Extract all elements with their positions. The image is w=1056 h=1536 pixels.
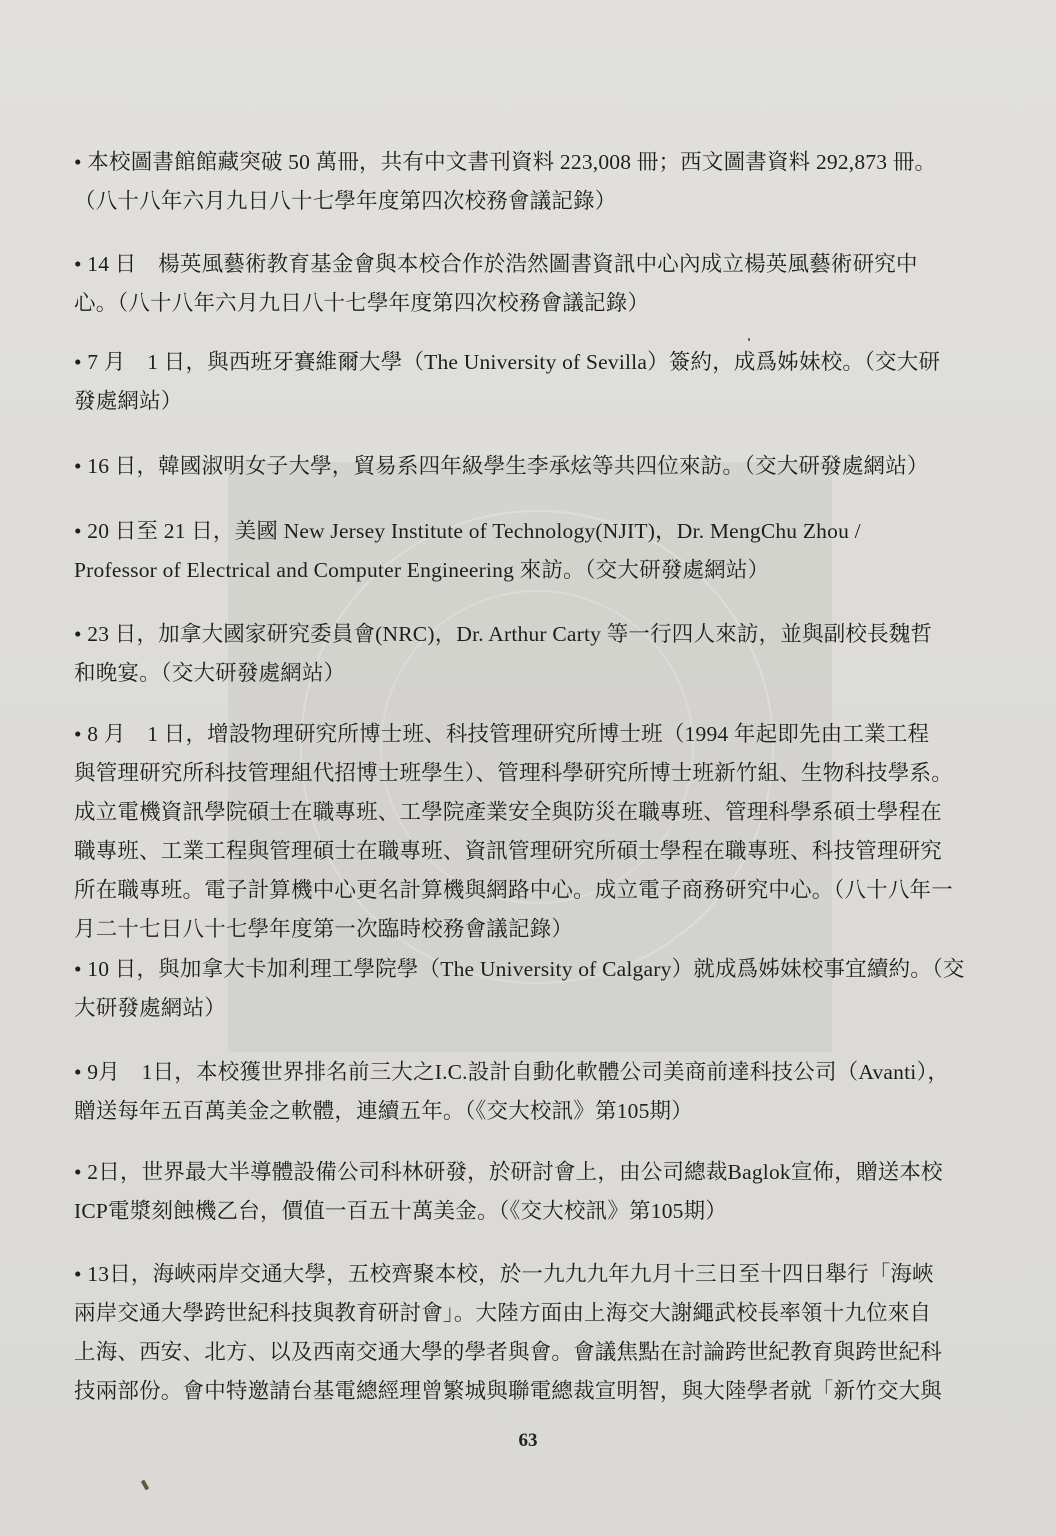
entry-line: 和晚宴。（交大研發處網站） (74, 654, 966, 693)
entry-line: 成立電機資訊學院碩士在職專班、工學院產業安全與防災在職專班、管理科學系碩士學程在 (74, 793, 966, 832)
entry-line: Professor of Electrical and Computer Eng… (74, 551, 966, 590)
entry-line: 心。（八十八年六月九日八十七學年度第四次校務會議記錄） (74, 284, 966, 323)
entry-line: • 7 月 1 日，與西班牙賽維爾大學（The University of Se… (74, 343, 966, 382)
entry-line: 所在職專班。電子計算機中心更名計算機與網路中心。成立電子商務研究中心。（八十八年… (74, 871, 966, 910)
entry-lam-research-donation: • 2日，世界最大半導體設備公司科林研發，於研討會上，由公司總裁Baglok宣佈… (74, 1153, 966, 1231)
entry-line: • 2日，世界最大半導體設備公司科林研發，於研討會上，由公司總裁Baglok宣佈… (74, 1153, 966, 1192)
entry-sookmyung-visit: • 16 日，韓國淑明女子大學，貿易系四年級學生李承炫等共四位來訪。（交大研發處… (74, 447, 966, 486)
entry-line: 與管理研究所科技管理組代招博士班學生）、管理科學研究所博士班新竹組、生物科技學系… (74, 754, 966, 793)
entry-sevilla-sister-school: • 7 月 1 日，與西班牙賽維爾大學（The University of Se… (74, 343, 966, 421)
entry-line: 贈送每年五百萬美金之軟體，連續五年。（《交大校訊》第105期） (74, 1092, 966, 1131)
entry-line: 月二十七日八十七學年度第一次臨時校務會議記錄） (74, 910, 966, 949)
entry-line: ICP電漿刻蝕機乙台，價值一百五十萬美金。（《交大校訊》第105期） (74, 1192, 966, 1231)
page-number: 63 (0, 1430, 1056, 1452)
entry-line: • 8 月 1 日，增設物理研究所博士班、科技管理研究所博士班（1994 年起即… (74, 715, 966, 754)
entry-njit-visit: • 20 日至 21 日，美國 New Jersey Institute of … (74, 512, 966, 590)
entry-line: • 9月 1日，本校獲世界排名前三大之I.C.設計自動化軟體公司美商前達科技公司… (74, 1053, 966, 1092)
scan-speck (141, 1480, 149, 1491)
entry-line: 上海、西安、北方、以及西南交通大學的學者與會。會議焦點在討論跨世紀教育與跨世紀科 (74, 1333, 966, 1372)
entry-line: • 16 日，韓國淑明女子大學，貿易系四年級學生李承炫等共四位來訪。（交大研發處… (74, 447, 966, 486)
entry-line: • 10 日，與加拿大卡加利理工學院學（The University of Ca… (74, 950, 966, 989)
entry-new-programs: • 8 月 1 日，增設物理研究所博士班、科技管理研究所博士班（1994 年起即… (74, 715, 966, 949)
entry-library-collection: • 本校圖書館館藏突破 50 萬冊，共有中文書刊資料 223,008 冊；西文圖… (74, 143, 966, 221)
entry-avanti-donation: • 9月 1日，本校獲世界排名前三大之I.C.設計自動化軟體公司美商前達科技公司… (74, 1053, 966, 1131)
entry-line: （八十八年六月九日八十七學年度第四次校務會議記錄） (74, 182, 966, 221)
entry-line: • 本校圖書館館藏突破 50 萬冊，共有中文書刊資料 223,008 冊；西文圖… (74, 143, 966, 182)
entry-calgary-renewal: • 10 日，與加拿大卡加利理工學院學（The University of Ca… (74, 950, 966, 1028)
entry-line: 兩岸交通大學跨世紀科技與教育研討會」。大陸方面由上海交大謝繩武校長率領十九位來自 (74, 1294, 966, 1333)
entry-line: • 20 日至 21 日，美國 New Jersey Institute of … (74, 512, 966, 551)
entry-cross-strait-symposium: • 13日，海峽兩岸交通大學，五校齊聚本校，於一九九九年九月十三日至十四日舉行「… (74, 1255, 966, 1411)
entry-line: 職專班、工業工程與管理碩士在職專班、資訊管理研究所碩士學程在職專班、科技管理研究 (74, 832, 966, 871)
entry-yuyu-yang-center: • 14 日 楊英風藝術教育基金會與本校合作於浩然圖書資訊中心內成立楊英風藝術研… (74, 245, 966, 323)
entry-line: 技兩部份。會中特邀請台基電總經理曾繁城與聯電總裁宣明智，與大陸學者就「新竹交大與 (74, 1372, 966, 1411)
entry-line: 大研發處網站） (74, 989, 966, 1028)
entry-line: • 23 日，加拿大國家研究委員會(NRC)，Dr. Arthur Carty … (74, 615, 966, 654)
scan-speck (748, 338, 750, 341)
scanned-page: • 本校圖書館館藏突破 50 萬冊，共有中文書刊資料 223,008 冊；西文圖… (0, 0, 1056, 1536)
entry-nrc-visit: • 23 日，加拿大國家研究委員會(NRC)，Dr. Arthur Carty … (74, 615, 966, 693)
entry-line: • 14 日 楊英風藝術教育基金會與本校合作於浩然圖書資訊中心內成立楊英風藝術研… (74, 245, 966, 284)
entry-line: • 13日，海峽兩岸交通大學，五校齊聚本校，於一九九九年九月十三日至十四日舉行「… (74, 1255, 966, 1294)
entry-line: 發處網站） (74, 382, 966, 421)
